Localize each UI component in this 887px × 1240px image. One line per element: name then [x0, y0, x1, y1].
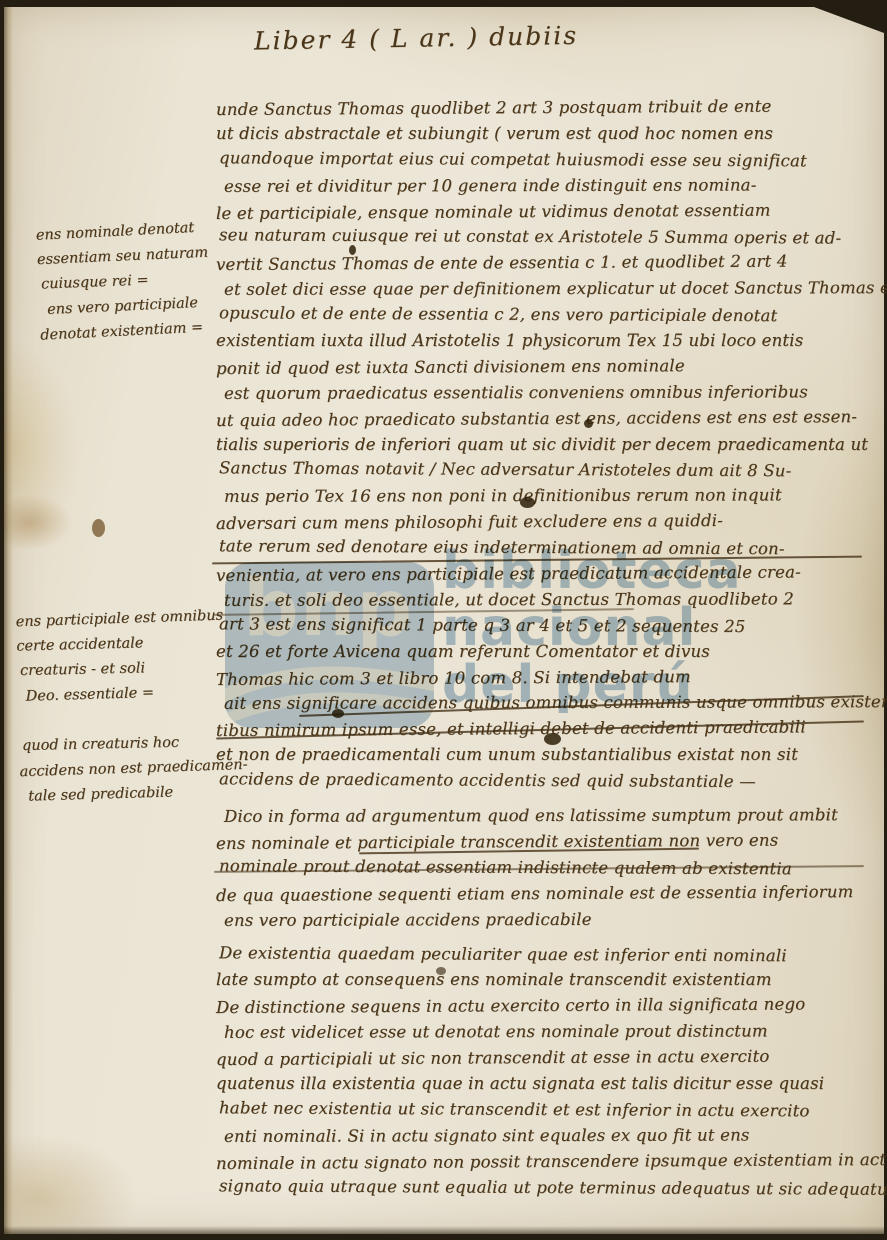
manuscript-line: unde Sanctus Thomas quodlibet 2 art 3 po…	[216, 93, 878, 123]
manuscript-line: accidens de praedicamento accidentis sed…	[219, 766, 881, 795]
manuscript-line: ut dicis abstractale et subiungit ( veru…	[216, 121, 878, 147]
margin-note-line: tale sed predicabile	[28, 779, 229, 810]
manuscript-line: hoc est videlicet esse ut denotat ens no…	[224, 1018, 886, 1046]
manuscript-line: Dico in forma ad argumentum quod ens lat…	[224, 802, 886, 830]
ink-smudge	[92, 519, 105, 537]
body-text: unde Sanctus Thomas quodlibet 2 art 3 po…	[216, 95, 878, 1200]
manuscript-line: opusculo et de ente de essentia c 2, ens…	[219, 300, 881, 329]
ink-blot	[584, 419, 593, 428]
manuscript-line: ens vero participiale accidens praedicab…	[224, 906, 886, 934]
manuscript-line: quod a participiali ut sic non transcend…	[216, 1043, 878, 1073]
manuscript-line: venientia, at vero ens participiale est …	[216, 559, 878, 589]
manuscript-line: et non de praedicamentali cum unum subst…	[216, 742, 878, 768]
ink-blot	[544, 733, 561, 745]
manuscript-line: est quorum praedicatus essentialis conve…	[224, 379, 886, 407]
manuscript-line: quatenus illa existentia quae in actu si…	[216, 1071, 878, 1097]
page-title: Liber 4 ( L ar. ) dubiis	[254, 20, 654, 56]
manuscript-line: et solet dici esse quae per definitionem…	[224, 275, 886, 303]
page-edge-bottom	[4, 1226, 884, 1234]
manuscript-page: Liber 4 ( L ar. ) dubiis unde Sanctus Th…	[4, 7, 884, 1234]
page-edge-left	[4, 7, 13, 1234]
manuscript-line: enti nominali. Si in actu signato sint e…	[224, 1122, 886, 1150]
manuscript-line: art 3 est ens significat 1 parte q 3 ar …	[219, 611, 881, 640]
manuscript-line: mus perio Tex 16 ens non poni in definit…	[224, 482, 886, 510]
manuscript-line: De existentia quaedam peculiariter quae …	[219, 940, 881, 969]
manuscript-line: vertit Sanctus Thomas de ente de essenti…	[216, 248, 878, 278]
ink-blot	[349, 245, 356, 255]
manuscript-line: tialis superioris de inferiori quam ut s…	[216, 432, 878, 458]
manuscript-line: Sanctus Thomas notavit / Nec adversatur …	[219, 456, 881, 485]
manuscript-line: habet nec existentia ut sic transcendit …	[219, 1095, 881, 1124]
manuscript-line: quandoque importat eius cui competat hui…	[219, 145, 881, 174]
manuscript-line: nominale in actu signato non possit tran…	[216, 1147, 878, 1177]
manuscript-line: late sumpto at consequens ens nominale t…	[216, 967, 878, 993]
ink-blot	[436, 967, 446, 975]
manuscript-line: De distinctione sequens in actu exercito…	[216, 991, 878, 1021]
manuscript-line: de qua quaestione sequenti etiam ens nom…	[216, 879, 878, 909]
manuscript-line: ponit id quod est iuxta Sancti divisione…	[216, 352, 878, 382]
manuscript-line: et 26 et forte Avicena quam referunt Com…	[216, 639, 878, 665]
manuscript-line: ens nominale et participiale transcendit…	[216, 827, 878, 857]
ink-blot	[520, 497, 535, 508]
manuscript-line: Thomas hic com 3 et libro 10 com 8. Si i…	[216, 663, 878, 693]
manuscript-line: esse rei et dividitur per 10 genera inde…	[224, 172, 886, 200]
ink-blot	[332, 709, 344, 718]
manuscript-line: adversari cum mens philosophi fuit exclu…	[216, 507, 878, 537]
margin-note-2: ens participiale est omnibuscerte accide…	[15, 604, 220, 809]
manuscript-line: ut quia adeo hoc praedicato substantia e…	[216, 404, 878, 434]
manuscript-line: signato quia utraque sunt equalia ut pot…	[219, 1173, 881, 1202]
margin-note-1: ens nominale denotatessentiam seu natura…	[35, 215, 230, 348]
manuscript-line: existentiam iuxta illud Aristotelis 1 ph…	[216, 328, 878, 354]
page-corner-shadow	[814, 7, 884, 33]
